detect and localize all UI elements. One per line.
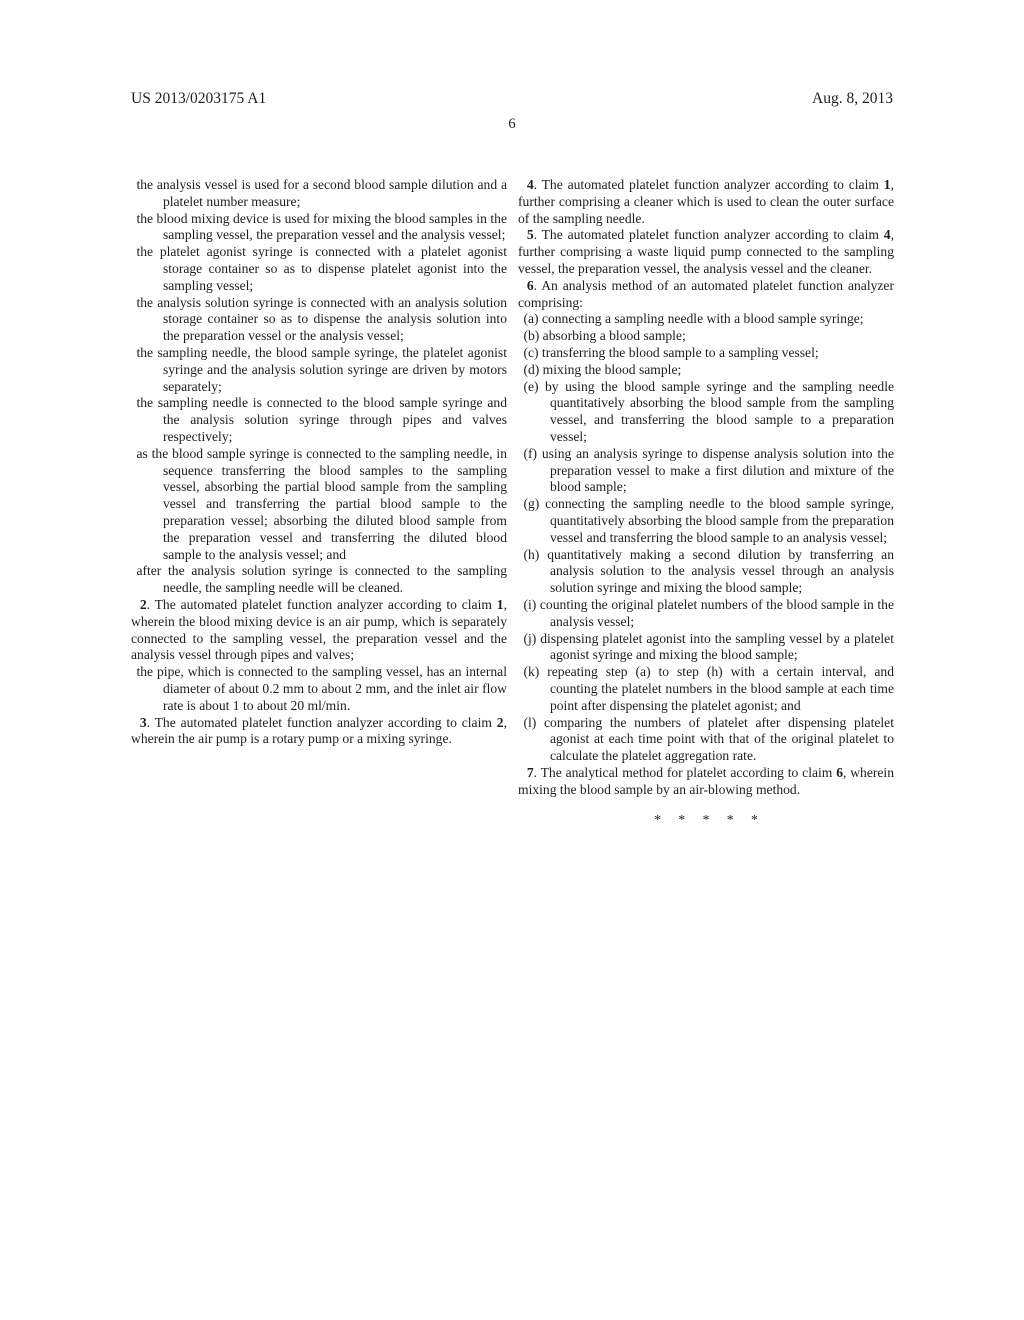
claim6-step-d: (d) mixing the blood sample; <box>518 362 894 379</box>
claim2-clause-pipe-diameter: the pipe, which is connected to the samp… <box>131 664 507 714</box>
claims-text-body: the analysis vessel is used for a second… <box>131 177 894 829</box>
claim-4: 4. The automated platelet function analy… <box>518 177 894 227</box>
claim1-clause-pipes-and-valves: the sampling needle is connected to the … <box>131 395 507 445</box>
claim1-clause-analysis-vessel: the analysis vessel is used for a second… <box>131 177 507 211</box>
claim-7: 7. The analytical method for platelet ac… <box>518 765 894 799</box>
claim6-step-h: (h) quantitatively making a second dilut… <box>518 547 894 597</box>
claim1-clause-platelet-agonist-syringe: the platelet agonist syringe is connecte… <box>131 244 507 294</box>
end-of-claims-marker: * * * * * <box>518 812 894 829</box>
page-header: US 2013/0203175 A1 Aug. 8, 2013 <box>131 90 893 108</box>
claim1-clause-blood-mixing-device: the blood mixing device is used for mixi… <box>131 211 507 245</box>
claim-6: 6. An analysis method of an automated pl… <box>518 278 894 312</box>
page-number: 6 <box>131 116 893 133</box>
publication-date: Aug. 8, 2013 <box>812 90 893 108</box>
claim1-clause-analysis-solution-syringe: the analysis solution syringe is connect… <box>131 295 507 345</box>
patent-page: US 2013/0203175 A1 Aug. 8, 2013 6 the an… <box>0 0 1024 1320</box>
claim1-clause-driven-by-motors: the sampling needle, the blood sample sy… <box>131 345 507 395</box>
claim6-step-i: (i) counting the original platelet numbe… <box>518 597 894 631</box>
claim6-step-k: (k) repeating step (a) to step (h) with … <box>518 664 894 714</box>
patent-number: US 2013/0203175 A1 <box>131 90 266 108</box>
claim-3: 3. The automated platelet function analy… <box>131 715 507 749</box>
claim6-step-f: (f) using an analysis syringe to dispens… <box>518 446 894 496</box>
claim6-step-c: (c) transferring the blood sample to a s… <box>518 345 894 362</box>
claim6-step-g: (g) connecting the sampling needle to th… <box>518 496 894 546</box>
claim-2: 2. The automated platelet function analy… <box>131 597 507 664</box>
claim6-step-l: (l) comparing the numbers of platelet af… <box>518 715 894 765</box>
claim1-clause-needle-cleaned: after the analysis solution syringe is c… <box>131 563 507 597</box>
claim6-step-a: (a) connecting a sampling needle with a … <box>518 311 894 328</box>
claim6-step-b: (b) absorbing a blood sample; <box>518 328 894 345</box>
claim6-step-j: (j) dispensing platelet agonist into the… <box>518 631 894 665</box>
right-column: 4. The automated platelet function analy… <box>518 177 894 829</box>
left-column: the analysis vessel is used for a second… <box>131 177 507 829</box>
claim-5: 5. The automated platelet function analy… <box>518 227 894 277</box>
claim6-step-e: (e) by using the blood sample syringe an… <box>518 379 894 446</box>
claim1-clause-sequence-transferring: as the blood sample syringe is connected… <box>131 446 507 564</box>
